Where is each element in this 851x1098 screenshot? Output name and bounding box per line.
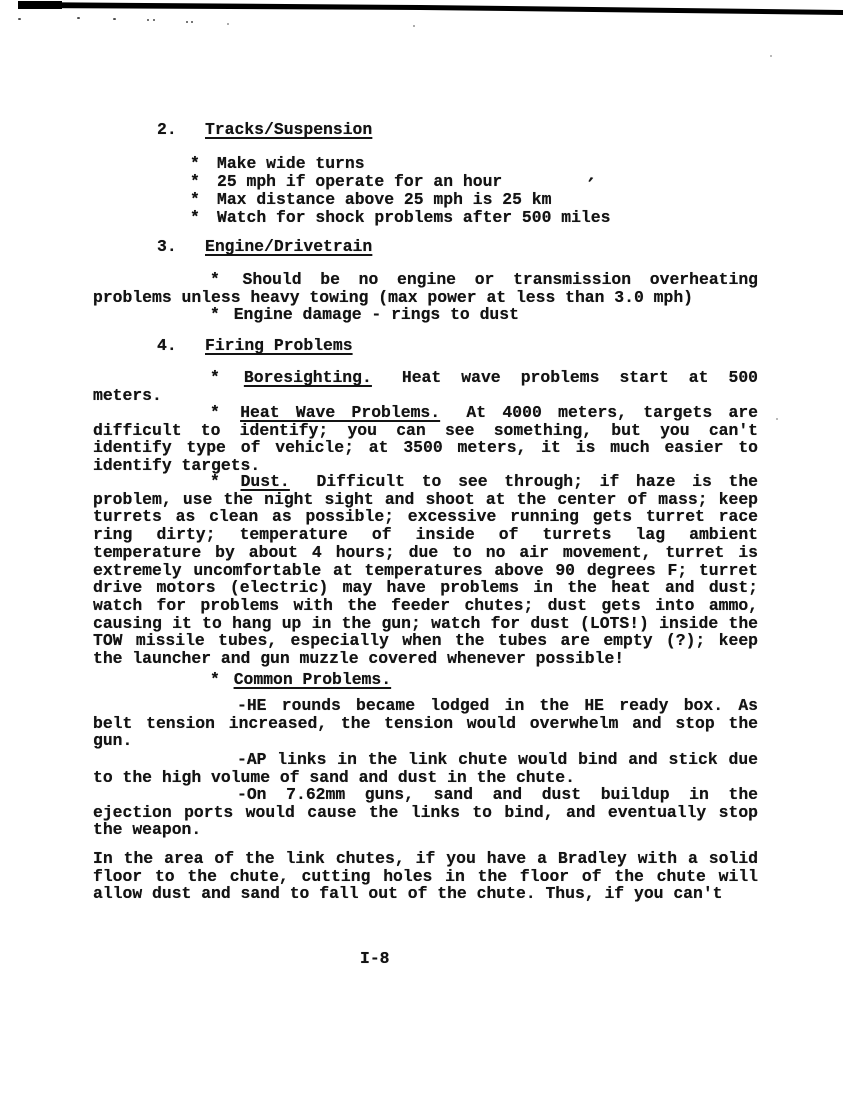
paragraph-text: -AP links in the link chute would bind a… (93, 751, 758, 786)
heat-wave-paragraph: * Heat Wave Problems. At 4000 meters, ta… (93, 404, 758, 475)
bullet-text: Watch for shock problems after 500 miles (217, 208, 610, 227)
scan-speckle (776, 418, 778, 420)
bullet-asterisk: * (190, 209, 213, 227)
bullet-asterisk: * (190, 155, 213, 173)
bullet-asterisk: * (210, 270, 220, 289)
scan-speckle (227, 23, 229, 25)
section-2-number: 2. (157, 121, 205, 139)
section-3-number: 3. (157, 238, 205, 256)
ap-links-paragraph: -AP links in the link chute would bind a… (93, 751, 758, 786)
section-3-bullet: * Engine damage - rings to dust (93, 306, 758, 324)
common-problems-heading: * Common Problems. (93, 671, 758, 689)
document-page: ’ 2.Tracks/Suspension *Make wide turns *… (0, 0, 851, 1098)
scan-artifact-top-bar (0, 0, 851, 22)
bullet-item: *Watch for shock problems after 500 mile… (93, 209, 758, 227)
paragraph-label: Dust. (241, 472, 290, 491)
bullet-asterisk: * (210, 670, 220, 689)
scan-speckle (77, 17, 80, 19)
section-3-paragraph: * Should be no engine or transmission ov… (93, 271, 758, 306)
bullet-text: Make wide turns (217, 154, 365, 173)
762mm-guns-paragraph: -On 7.62mm guns, sand and dust buildup i… (93, 786, 758, 839)
paragraph-label: Boresighting. (244, 368, 372, 387)
section-3-title: Engine/Drivetrain (205, 237, 372, 256)
closing-paragraph: In the area of the link chutes, if you h… (93, 850, 758, 903)
section-2-title: Tracks/Suspension (205, 120, 372, 139)
bullet-item: *Max distance above 25 mph is 25 km (93, 191, 758, 209)
bullet-item: *25 mph if operate for an hour (93, 173, 758, 191)
scan-speckle (147, 19, 149, 21)
paragraph-text: -HE rounds became lodged in the HE ready… (93, 697, 758, 750)
paragraph-text: Difficult to see through; if haze is the… (93, 472, 758, 668)
he-rounds-paragraph: -HE rounds became lodged in the HE ready… (93, 697, 758, 750)
bullet-asterisk: * (190, 173, 213, 191)
bullet-text: Engine damage - rings to dust (234, 305, 519, 324)
scan-speckle (18, 18, 21, 20)
section-4-title: Firing Problems (205, 336, 353, 355)
section-4-heading: 4.Firing Problems (93, 337, 822, 355)
paragraph-label: Common Problems. (234, 670, 391, 689)
scan-speckle (191, 21, 193, 23)
section-2-heading: 2.Tracks/Suspension (93, 121, 822, 139)
section-4-number: 4. (157, 337, 205, 355)
paragraph: * Should be no engine or transmission ov… (93, 271, 758, 306)
scan-speckle (413, 25, 415, 27)
paragraph: * Common Problems. (93, 671, 758, 689)
paragraph-text: In the area of the link chutes, if you h… (93, 850, 758, 903)
paragraph: * Dust. Difficult to see through; if haz… (93, 473, 758, 668)
paragraph-text: Heat wave problems start at 500 meters. (93, 368, 758, 405)
bullet-asterisk: * (210, 472, 220, 491)
scan-speckle (770, 55, 772, 57)
bullet-item: *Make wide turns (93, 155, 758, 173)
bullet-text: 25 mph if operate for an hour (217, 172, 502, 191)
paragraph-text: Should be no engine or transmission over… (93, 270, 758, 307)
bullet-asterisk: * (210, 305, 220, 324)
bullet-asterisk: * (210, 368, 220, 387)
scan-speckle (113, 18, 116, 20)
section-3-heading: 3.Engine/Drivetrain (93, 238, 822, 256)
dust-paragraph: * Dust. Difficult to see through; if haz… (93, 473, 758, 668)
bullet-asterisk: * (210, 403, 220, 422)
scan-speckle (186, 21, 188, 23)
scan-speckle (153, 19, 155, 21)
section-2-bullet-list: *Make wide turns *25 mph if operate for … (93, 155, 758, 227)
paragraph: * Boresighting. Heat wave problems start… (93, 369, 758, 404)
boresighting-paragraph: * Boresighting. Heat wave problems start… (93, 369, 758, 404)
page-number: I-8 (360, 950, 390, 968)
paragraph: * Heat Wave Problems. At 4000 meters, ta… (93, 404, 758, 475)
paragraph-label: Heat Wave Problems. (240, 403, 440, 422)
paragraph-text: -On 7.62mm guns, sand and dust buildup i… (93, 786, 758, 839)
paragraph: * Engine damage - rings to dust (93, 306, 758, 324)
bullet-asterisk: * (190, 191, 213, 209)
bullet-text: Max distance above 25 mph is 25 km (217, 190, 551, 209)
